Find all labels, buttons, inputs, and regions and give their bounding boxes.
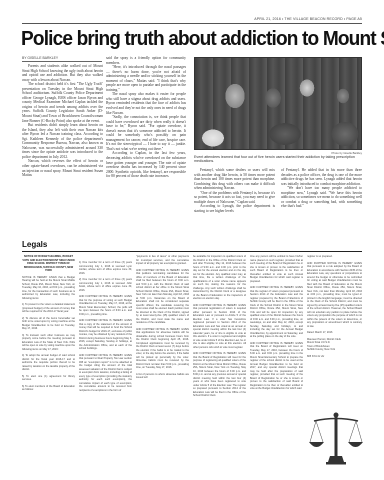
folio-divider [22,23,362,24]
paragraph: Fentanyl, which some dealers or users wi… [194,168,275,191]
legal-paragraph: 3) To transact such other business as ma… [22,334,75,352]
legals-column-5: time any person will be entitled to have… [250,255,303,394]
story-column-4: of Fentanyl. He added that in his more t… [281,168,362,209]
paragraph: "Here, it's introduced through the nasal… [106,65,186,92]
legal-paragraph: AND FURTHER NOTICE IS HEREBY GIVEN that … [136,269,189,325]
legal-signature: Maureen Pieroni, District Clerk Mount Si… [307,338,362,352]
byline: By Giselle Barkley [22,56,102,62]
legals-column-1: Notice of Budget Hearing, Budget Vote an… [22,255,75,395]
legals-column-2: 1) One member for a term of three (3) ye… [79,255,132,395]
scales-of-justice-icon [308,410,364,466]
paragraph: The school district held it's first "The… [22,82,103,123]
legal-paragraph: AND FURTHER NOTICE IS HEREBY GIVEN that … [136,328,189,370]
paragraph: "We don't have too many people addicted … [281,186,362,209]
legals-section-title: Legals [22,240,47,249]
legal-paragraph: register is so prepared. [307,255,362,259]
legals-column-6: register is so prepared. AND FURTHER NOT… [307,255,362,361]
legal-paragraph: 5) To elect one (1) agreement for librar… [22,375,75,382]
event-photo [194,57,362,150]
legal-paragraph: be available for inspection to qualified… [193,255,246,301]
page-folio: April 21, 2016 • The Village Beacon Reco… [254,17,362,21]
legal-paragraph: time any person will be entitled to have… [250,255,303,283]
paragraph: Parents and students alike walked out of… [22,64,103,82]
legal-paragraph: AND FURTHER NOTICE IS HEREBY GIVEN that … [79,354,132,393]
paragraph: Narcan, which reverses the effect of her… [22,159,103,177]
photo-caption: Event attendees learned that four out of… [194,155,362,164]
legal-paragraph: AND FURTHER NOTICE IS HEREBY GIVEN that … [193,304,246,350]
legal-paragraph: A list of persons to whom absentee ballo… [136,373,189,380]
legal-paragraph: 6) To elect members of the Board of Educ… [22,385,75,392]
legal-paragraph: AND FURTHER NOTICE IS HEREBY GIVEN that … [307,262,362,329]
paragraph: According to Caplan, in the last few yea… [106,151,186,178]
paragraph: The nasal spray also makes it easier for… [106,92,186,115]
legal-paragraph: NOTICE IS HEREBY GIVEN that a Budget Hea… [22,276,75,301]
paragraph: "Sadly, the connotation is, we think peo… [106,115,186,151]
legal-ref-code: 805 3/31 4x vbr [307,355,362,359]
legal-paragraph: "payments in lieu of taxes" or other pay… [136,255,189,266]
legal-paragraph: 4) To adopt the annual budget of said sc… [22,354,75,372]
legal-notice-heading: Notice of Budget Hearing, Budget Vote an… [22,255,75,273]
legal-dated: Dated: March 17, 2016 [307,331,362,335]
signature-line: Suffolk County, New York [307,348,362,352]
legal-paragraph: AND FURTHER NOTICE IS HEREBY GIVEN that … [79,319,132,351]
legals-column-4: be available for inspection to qualified… [193,255,246,401]
story-column-1: Parents and students alike walked out of… [22,64,103,178]
legal-paragraph: 2) One member for a term of three (3) ye… [79,278,132,292]
paragraph: "One of the problems with Fentanyl is, b… [194,191,275,205]
legals-column-3: "payments in lieu of taxes" or other pay… [136,255,189,383]
paragraph: But residents didn't simply learn about … [22,123,103,159]
legals-divider [22,251,362,252]
legal-paragraph: AND FURTHER NOTICE IS HEREBY GIVEN that … [193,352,246,398]
legal-paragraph: 1) One member for a term of three (3) ye… [79,261,132,275]
story-column-2: said the spray is a friendly option for … [106,56,186,179]
legal-paragraph: 1) To present to the voters a detailed s… [22,303,75,314]
legal-paragraph: 2) To discuss all of the items hereinaft… [22,317,75,331]
paragraph: said the spray is a friendly option for … [106,56,186,65]
paragraph: According to Lynagh, the police departme… [194,204,275,213]
headline: Police bring truth about addiction to Mo… [21,27,342,51]
legal-paragraph: AND FURTHER NOTICE IS HEREBY GIVEN that … [79,295,132,316]
story-column-3: Fentanyl, which some dealers or users wi… [194,168,275,213]
paragraph: of Fentanyl. He added that in his more t… [281,168,362,186]
legal-paragraph: AND FURTHER NOTICE IS HEREBY GIVEN that … [250,342,303,391]
legal-paragraph: AND FURTHER NOTICE IS HEREBY GIVEN that … [250,286,303,339]
